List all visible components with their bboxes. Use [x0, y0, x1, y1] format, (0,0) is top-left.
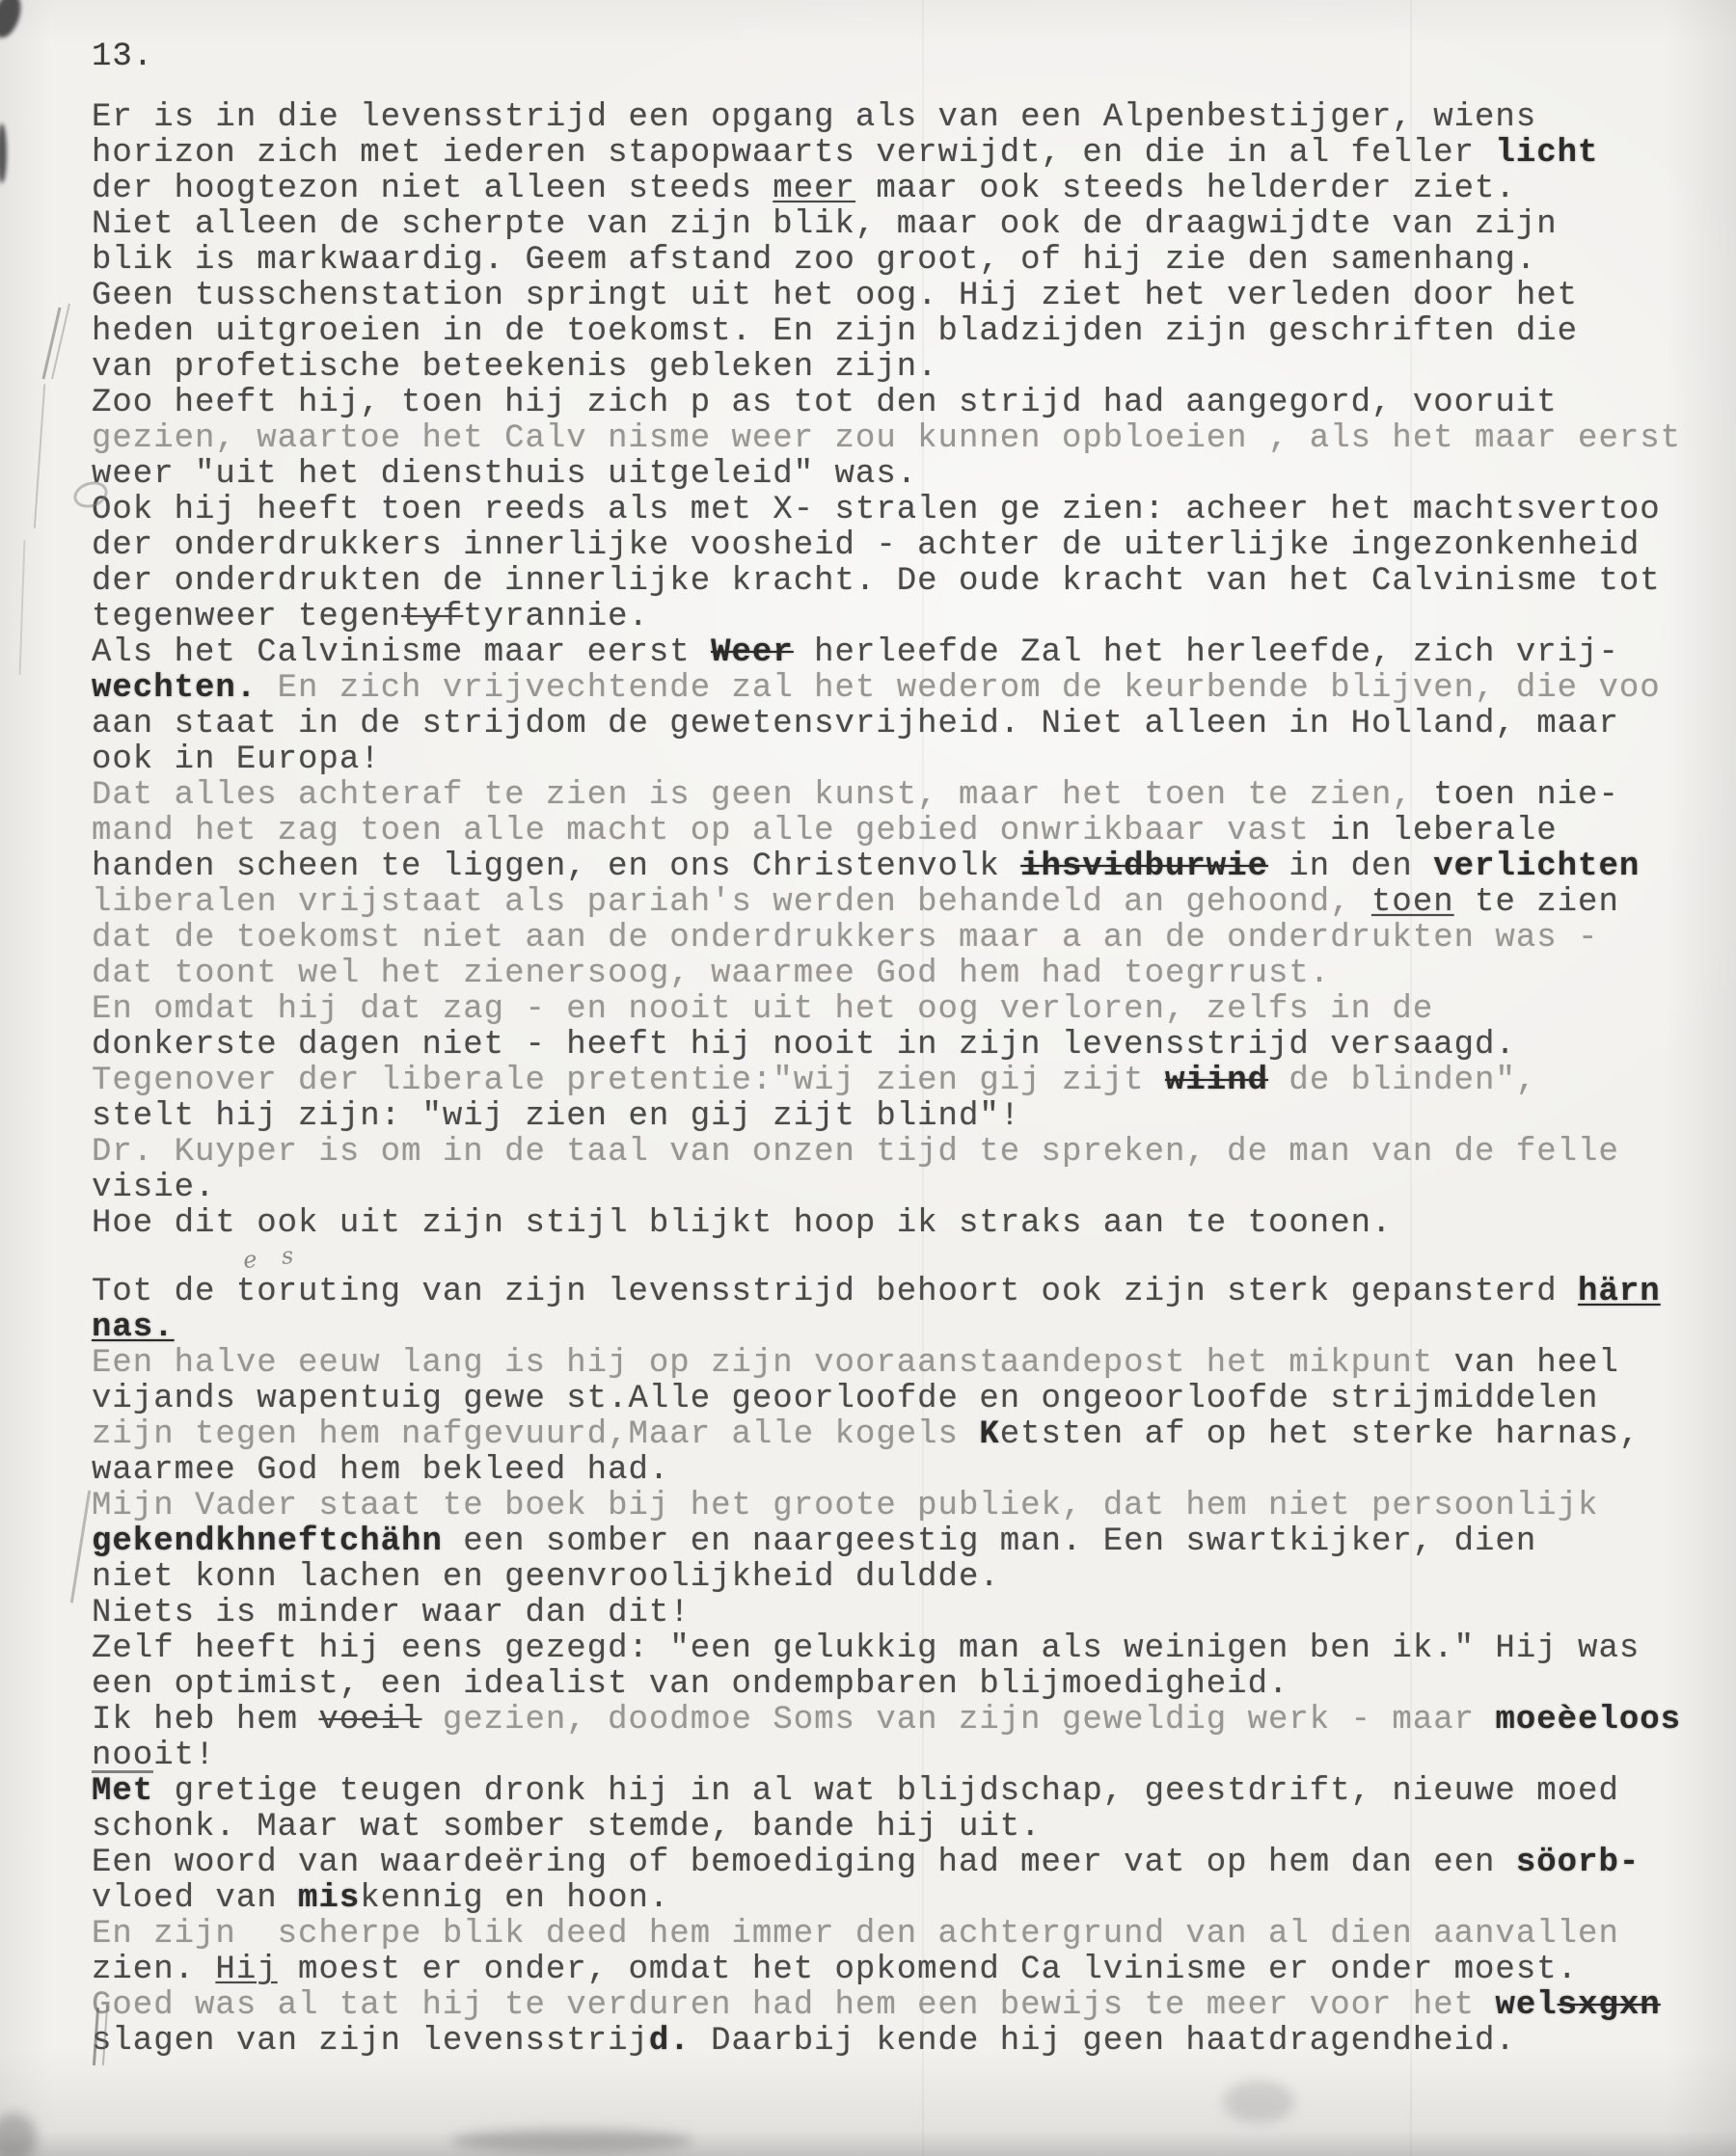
text-line: schonk. Maar wat somber stemde, bande hi… [92, 1810, 1722, 1846]
text-segment: gekendkhneftchähn [92, 1523, 443, 1560]
text-line: Mijn Vader staat te boek bij het groote … [92, 1489, 1722, 1524]
text-segment: etsten af op het sterke harnas, [1000, 1416, 1641, 1453]
text-segment: zijn tegen hem nafgevuurd,Maar alle koge… [92, 1416, 979, 1453]
text-line: Goed was al tat hij te verduren had hem … [92, 1988, 1722, 2024]
page-bottom-shadow [0, 2131, 1736, 2156]
text-segment: in leberale [1330, 813, 1557, 849]
text-line: donkerste dagen niet - heeft hij nooit i… [92, 1028, 1722, 1064]
text-line: Ook hij heeft toen reeds als met X- stra… [92, 493, 1722, 528]
text-line: aan staat in de strijdom de gewetensvrij… [92, 707, 1722, 742]
text-line: liberalen vrijstaat als pariah's werden … [92, 885, 1722, 921]
text-line: mand het zag toen alle macht op alle geb… [92, 814, 1722, 849]
text-line: waarmee God hem bekleed had. [92, 1453, 1722, 1489]
text-line: Geen tusschenstation springt uit het oog… [92, 279, 1722, 314]
text-segment: een optimist, een idealist van ondempbar… [92, 1666, 1288, 1703]
text-segment: mis [298, 1880, 360, 1917]
text-line: zijn tegen hem nafgevuurd,Maar alle koge… [92, 1417, 1722, 1453]
text-segment: Niets is minder waar dan dit! [92, 1595, 691, 1631]
text-segment: Een halve eeuw lang is hij op zijn voora… [92, 1345, 1454, 1382]
ink-smudge [0, 0, 26, 41]
text-segment: stelt hij zijn: "wij zien en gij zijt bl… [92, 1098, 1020, 1135]
text-segment: mand het zag toen alle macht op alle geb… [92, 813, 1330, 849]
text-segment: zien. [92, 1952, 215, 1988]
text-segment: ook in Europa! [92, 741, 381, 778]
text-segment: blik is markwaardig. Geem afstand zoo gr… [92, 242, 1536, 279]
text-segment: wiind [1165, 1063, 1268, 1099]
text-segment: te zien [1454, 884, 1619, 921]
blank-line [92, 1242, 1722, 1275]
text-line: Niets is minder waar dan dit! [92, 1596, 1722, 1631]
text-segment: voeil [318, 1702, 421, 1738]
text-segment: wechten. [92, 670, 257, 707]
text-segment: schonk. Maar wat somber stemde, bande hi… [92, 1809, 1042, 1846]
text-segment: Tegenover der liberale pretentie:"wij zi… [92, 1063, 1165, 1099]
text-segment: van profetische beteekenis gebleken zijn… [92, 349, 938, 386]
text-segment: K [979, 1416, 999, 1453]
text-segment: heden uitgroeien in de toekomst. En zijn… [92, 313, 1578, 350]
text-line: weer "uit het diensthuis uitgeleid" was. [92, 457, 1722, 493]
text-segment: horizon zich met iederen stapopwaarts ve… [92, 135, 1495, 172]
text-line: blik is markwaardig. Geem afstand zoo gr… [92, 243, 1722, 279]
text-line: Als het Calvinisme maar eerst Weer herle… [92, 635, 1722, 671]
text-line: visie. [92, 1171, 1722, 1206]
text-segment: liberalen vrijstaat als pariah's werden … [92, 884, 1371, 921]
text-segment: moeèeloos [1495, 1702, 1681, 1738]
text-segment: van heel [1454, 1345, 1619, 1382]
text-segment: Ook hij heeft toen reeds als met X- stra… [92, 492, 1661, 528]
text-line: Er is in die levensstrijd een opgang als… [92, 100, 1722, 136]
text-segment: Zelf heeft hij eens gezegd: "een gelukki… [92, 1630, 1640, 1667]
text-segment: tegenweer tegen [92, 599, 401, 635]
text-segment: donkerste dagen niet - heeft hij nooit i… [92, 1027, 1516, 1064]
text-line: dat toont wel het zienersoog, waarmee Go… [92, 957, 1722, 992]
text-segment: wel [1495, 1987, 1557, 2024]
text-segment: tyf [401, 599, 463, 635]
text-line: ook in Europa! [92, 742, 1722, 778]
text-line: Zoo heeft hij, toen hij zich p as tot de… [92, 386, 1722, 421]
text-segment: de blinden", [1268, 1063, 1536, 1099]
text-line: nooit! [92, 1738, 1722, 1774]
text-segment: aan staat in de strijdom de gewetensvrij… [92, 706, 1619, 742]
pencil-mark [34, 384, 45, 528]
text-line: Tot de toruting van zijn levensstrijd be… [92, 1275, 1722, 1310]
text-segment: En omdat hij dat zag - en nooit uit het … [92, 991, 1433, 1028]
text-segment: gezien, doodmoe Soms van zijn geweldig w… [421, 1702, 1495, 1738]
text-line: vloed van miskennig en hoon. [92, 1881, 1722, 1917]
text-line: En zijn scherpe blik deed hem immer den … [92, 1917, 1722, 1953]
text-segment: slagen van zijn levensstrij [92, 2023, 649, 2060]
text-segment: Weer [711, 634, 794, 671]
pencil-mark [51, 304, 70, 379]
text-segment: gretige teugen dronk hij in al wat blijd… [153, 1773, 1619, 1810]
text-line: Hoe dit ook uit zijn stijl blijkt hoop i… [92, 1206, 1722, 1242]
text-segment: meer [773, 171, 855, 207]
text-line: Dat alles achteraf te zien is geen kunst… [92, 778, 1722, 814]
text-segment: Een woord van waardeëring of bemoediging… [92, 1845, 1516, 1881]
text-line: dat de toekomst niet aan de onderdrukker… [92, 921, 1722, 957]
text-line: Met gretige teugen dronk hij in al wat b… [92, 1774, 1722, 1810]
text-segment: weer "uit het diensthuis uitgeleid" was. [92, 456, 917, 493]
text-segment: niet konn lachen en geenvroolijkheid dul… [92, 1559, 1000, 1596]
text-segment: härn [1578, 1274, 1661, 1310]
text-segment: d. [649, 2023, 691, 2060]
text-line: En omdat hij dat zag - en nooit uit het … [92, 992, 1722, 1028]
ink-smudge [0, 123, 7, 183]
text-line: Dr. Kuyper is om in de taal van onzen ti… [92, 1135, 1722, 1171]
text-segment: vijands wapentuig gewe st.Alle geoorloof… [92, 1381, 1598, 1417]
text-line: der onderdrukkers innerlijke voosheid - … [92, 528, 1722, 564]
text-segment: Goed was al tat hij te verduren had hem … [92, 1987, 1495, 2024]
text-line: tegenweer tegentyftyrannie. [92, 600, 1722, 635]
text-segment: Dat alles achteraf te zien is geen kunst… [92, 777, 1433, 814]
text-line: slagen van zijn levensstrijd. Daarbij ke… [92, 2024, 1722, 2060]
text-segment: Tot de toruting van zijn levensstrijd be… [92, 1274, 1578, 1310]
text-segment: moest er onder, omdat het opkomend Ca lv… [278, 1952, 1578, 1988]
text-segment: Niet alleen de scherpte van zijn blik, m… [92, 206, 1558, 243]
text-segment: licht [1495, 135, 1598, 172]
text-segment: toen [1371, 884, 1454, 921]
text-segment: der onderdrukten de innerlijke kracht. D… [92, 563, 1661, 600]
text-segment: Geen tusschenstation springt uit het oog… [92, 278, 1578, 314]
text-segment: toen nie- [1433, 777, 1619, 814]
pencil-mark [19, 540, 26, 675]
text-segment: Er is in die levensstrijd een opgang als… [92, 99, 1536, 136]
text-segment: der hoogtezon niet alleen steeds [92, 171, 773, 207]
text-segment: in den [1268, 849, 1433, 885]
text-segment: Zoo heeft hij, toen hij zich p as tot de… [92, 385, 1558, 421]
text-segment: der onderdrukkers innerlijke voosheid - … [92, 527, 1640, 564]
ink-smudge [1223, 2081, 1294, 2123]
text-line: Ik heb hem voeil gezien, doodmoe Soms va… [92, 1703, 1722, 1738]
text-line: handen scheen te liggen, en ons Christen… [92, 849, 1722, 885]
text-segment: handen scheen te liggen, en ons Christen… [92, 849, 1020, 885]
text-segment: Hoe dit ook uit zijn stijl blijkt hoop i… [92, 1205, 1392, 1242]
text-segment: Dr. Kuyper is om in de taal van onzen ti… [92, 1134, 1619, 1171]
text-line: der hoogtezon niet alleen steeds meer ma… [92, 172, 1722, 207]
text-line: vijands wapentuig gewe st.Alle geoorloof… [92, 1382, 1722, 1417]
text-line: der onderdrukten de innerlijke kracht. D… [92, 564, 1722, 600]
text-segment: verlichten [1433, 849, 1640, 885]
text-segment: dat toont wel het zienersoog, waarmee Go… [92, 956, 1330, 992]
text-line: Een woord van waardeëring of bemoediging… [92, 1846, 1722, 1881]
text-segment: kennig en hoon. [360, 1880, 669, 1917]
text-segment: Ik heb hem [92, 1702, 318, 1738]
text-line: Een halve eeuw lang is hij op zijn voora… [92, 1346, 1722, 1382]
text-line: niet konn lachen en geenvroolijkheid dul… [92, 1560, 1722, 1596]
text-segment: Als het Calvinisme maar eerst [92, 634, 711, 671]
text-line: zien. Hij moest er onder, omdat het opko… [92, 1953, 1722, 1988]
text-segment: visie. [92, 1170, 215, 1206]
text-segment: herleefde Zal het herleefde, zich vrij- [794, 634, 1619, 671]
text-segment: En zich vrijvechtende zal het wederom de… [257, 670, 1660, 707]
text-line: Niet alleen de scherpte van zijn blik, m… [92, 207, 1722, 243]
text-line: gezien, waartoe het Calv nisme weer zou … [92, 421, 1722, 457]
text-segment: vloed van [92, 1880, 298, 1917]
text-line: heden uitgroeien in de toekomst. En zijn… [92, 314, 1722, 350]
text-segment: maar ook steeds helderder ziet. [855, 171, 1516, 207]
text-segment: waarmee God hem bekleed had. [92, 1452, 669, 1489]
document-page: 13. Er is in die levensstrijd een opgang… [0, 0, 1736, 2156]
text-segment: een somber en naargeestig man. Een swart… [443, 1523, 1536, 1560]
text-segment: nooit! [92, 1738, 215, 1774]
text-segment: ihsvidburwie [1020, 849, 1268, 885]
text-line: Zelf heeft hij eens gezegd: "een gelukki… [92, 1631, 1722, 1667]
text-line: stelt hij zijn: "wij zien en gij zijt bl… [92, 1099, 1722, 1135]
text-line: nas. [92, 1310, 1722, 1346]
text-segment: En zijn scherpe blik deed hem immer den … [92, 1916, 1619, 1953]
typewritten-text: Er is in die levensstrijd een opgang als… [92, 100, 1722, 2060]
text-line: wechten. En zich vrijvechtende zal het w… [92, 671, 1722, 707]
text-segment: nas. [92, 1309, 175, 1346]
text-segment: gezien, waartoe het Calv nisme weer zou … [92, 420, 1681, 457]
text-line: horizon zich met iederen stapopwaarts ve… [92, 136, 1722, 172]
text-segment: Daarbij kende hij geen haatdragendheid. [691, 2023, 1516, 2060]
text-line: Tegenover der liberale pretentie:"wij zi… [92, 1064, 1722, 1099]
pencil-mark [70, 1490, 91, 1603]
text-line: gekendkhneftchähn een somber en naargees… [92, 1524, 1722, 1560]
text-segment: Hij [215, 1952, 277, 1988]
text-segment: sxgxn [1558, 1987, 1661, 2024]
text-segment: dat de toekomst niet aan de onderdrukker… [92, 920, 1598, 957]
text-segment: tyrannie. [463, 599, 649, 635]
page-number: 13. [92, 39, 153, 75]
text-line: een optimist, een idealist van ondempbar… [92, 1667, 1722, 1703]
text-line: van profetische beteekenis gebleken zijn… [92, 350, 1722, 386]
text-segment: söorb- [1516, 1845, 1640, 1881]
text-segment: Mijn Vader staat te boek bij het groote … [92, 1488, 1598, 1524]
text-segment: Met [92, 1770, 153, 1810]
